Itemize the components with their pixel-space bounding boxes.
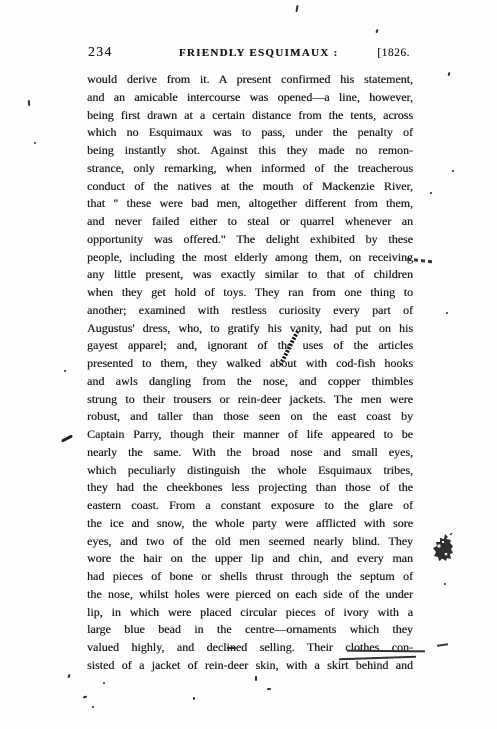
text-line: lip, in which were placed circular piece… <box>87 604 413 622</box>
text-line: eastern coast. From a constant exposure … <box>87 497 413 515</box>
page-header: 234 FRIENDLY ESQUIMAUX : [1826. <box>88 44 410 62</box>
scan-speck <box>193 697 195 700</box>
scan-speck <box>64 370 66 372</box>
scan-speck <box>452 170 454 172</box>
text-line: robust, and taller than those seen on th… <box>87 408 413 426</box>
text-line: which peculiarly distinguish the whole E… <box>87 462 413 480</box>
text-line: opportunity was offered." The delight ex… <box>87 231 413 249</box>
page-number: 234 <box>88 44 113 60</box>
text-line: the nose, whilst holes were pierced on e… <box>87 586 413 604</box>
text-line: people, including the most elderly among… <box>87 249 413 267</box>
text-line: conduct of the natives at the mouth of M… <box>87 178 413 196</box>
text-line: strance, only remarking, when informed o… <box>87 160 413 178</box>
text-line: nearly the same. With the broad nose and… <box>87 444 413 462</box>
text-line: another; examined with restless curiosit… <box>87 302 413 320</box>
text-line: that " these were bad men, altogether di… <box>87 195 413 213</box>
running-head-title: FRIENDLY ESQUIMAUX : <box>179 47 339 59</box>
text-line: valued highly, and declined selling. The… <box>87 639 413 657</box>
text-line: and never failed either to steal or quar… <box>87 213 413 231</box>
text-line: and an amicable intercourse was opened—a… <box>87 89 413 107</box>
text-line: any little present, was exactly similar … <box>87 266 413 284</box>
text-line: had pieces of bone or shells thrust thro… <box>87 568 413 586</box>
scan-speck <box>267 688 271 690</box>
margin-pen-tick <box>61 434 73 442</box>
text-line: strung to their trousers or rein-deer ja… <box>87 391 413 409</box>
scan-speck <box>375 29 378 33</box>
scan-speck <box>67 674 70 678</box>
scan-speck <box>92 706 94 708</box>
scanned-book-page: 234 FRIENDLY ESQUIMAUX : [1826. would de… <box>0 0 497 729</box>
scan-speck <box>34 142 36 144</box>
text-line: eyes, and two of the old men seemed near… <box>87 533 413 551</box>
text-line: gayest apparel; and, ignorant of the use… <box>87 337 413 355</box>
scan-speck <box>295 5 298 12</box>
ink-blot <box>430 533 458 569</box>
text-line: would derive from it. A present confirme… <box>87 71 413 89</box>
scan-speck <box>103 682 105 684</box>
text-line: which no Esquimaux was to pass, under th… <box>87 124 413 142</box>
running-head-year: [1826. <box>377 47 410 59</box>
scan-speck <box>444 583 446 585</box>
scan-speck <box>446 312 448 314</box>
text-line: being instantly shot. Against this they … <box>87 142 413 160</box>
text-line: wore the hair on the upper lip and chin,… <box>87 550 413 568</box>
pen-dash-right-margin <box>437 643 448 646</box>
text-line: Augustus' dress, who, to gratify his van… <box>87 320 413 338</box>
text-line: the ice and snow, the whole party were a… <box>87 515 413 533</box>
text-line: large blue bead in the centre—ornaments … <box>87 621 413 639</box>
text-line: being first drawn at a certain distance … <box>87 107 413 125</box>
text-line: sisted of a jacket of rein-deer skin, wi… <box>87 657 413 675</box>
scan-speck <box>28 100 30 106</box>
text-line: Captain Parry, though their manner of li… <box>87 426 413 444</box>
body-text: would derive from it. A present confirme… <box>87 71 413 675</box>
scan-speck <box>430 192 432 194</box>
text-line: presented to them, they walked about wit… <box>87 355 413 373</box>
text-line: they had the cheekbones less projecting … <box>87 479 413 497</box>
scan-speck <box>255 676 257 681</box>
text-line: and awls dangling from the nose, and cop… <box>87 373 413 391</box>
scan-speck <box>83 696 87 698</box>
scan-speck <box>448 72 450 76</box>
text-line: when they get hold of toys. They ran fro… <box>87 284 413 302</box>
